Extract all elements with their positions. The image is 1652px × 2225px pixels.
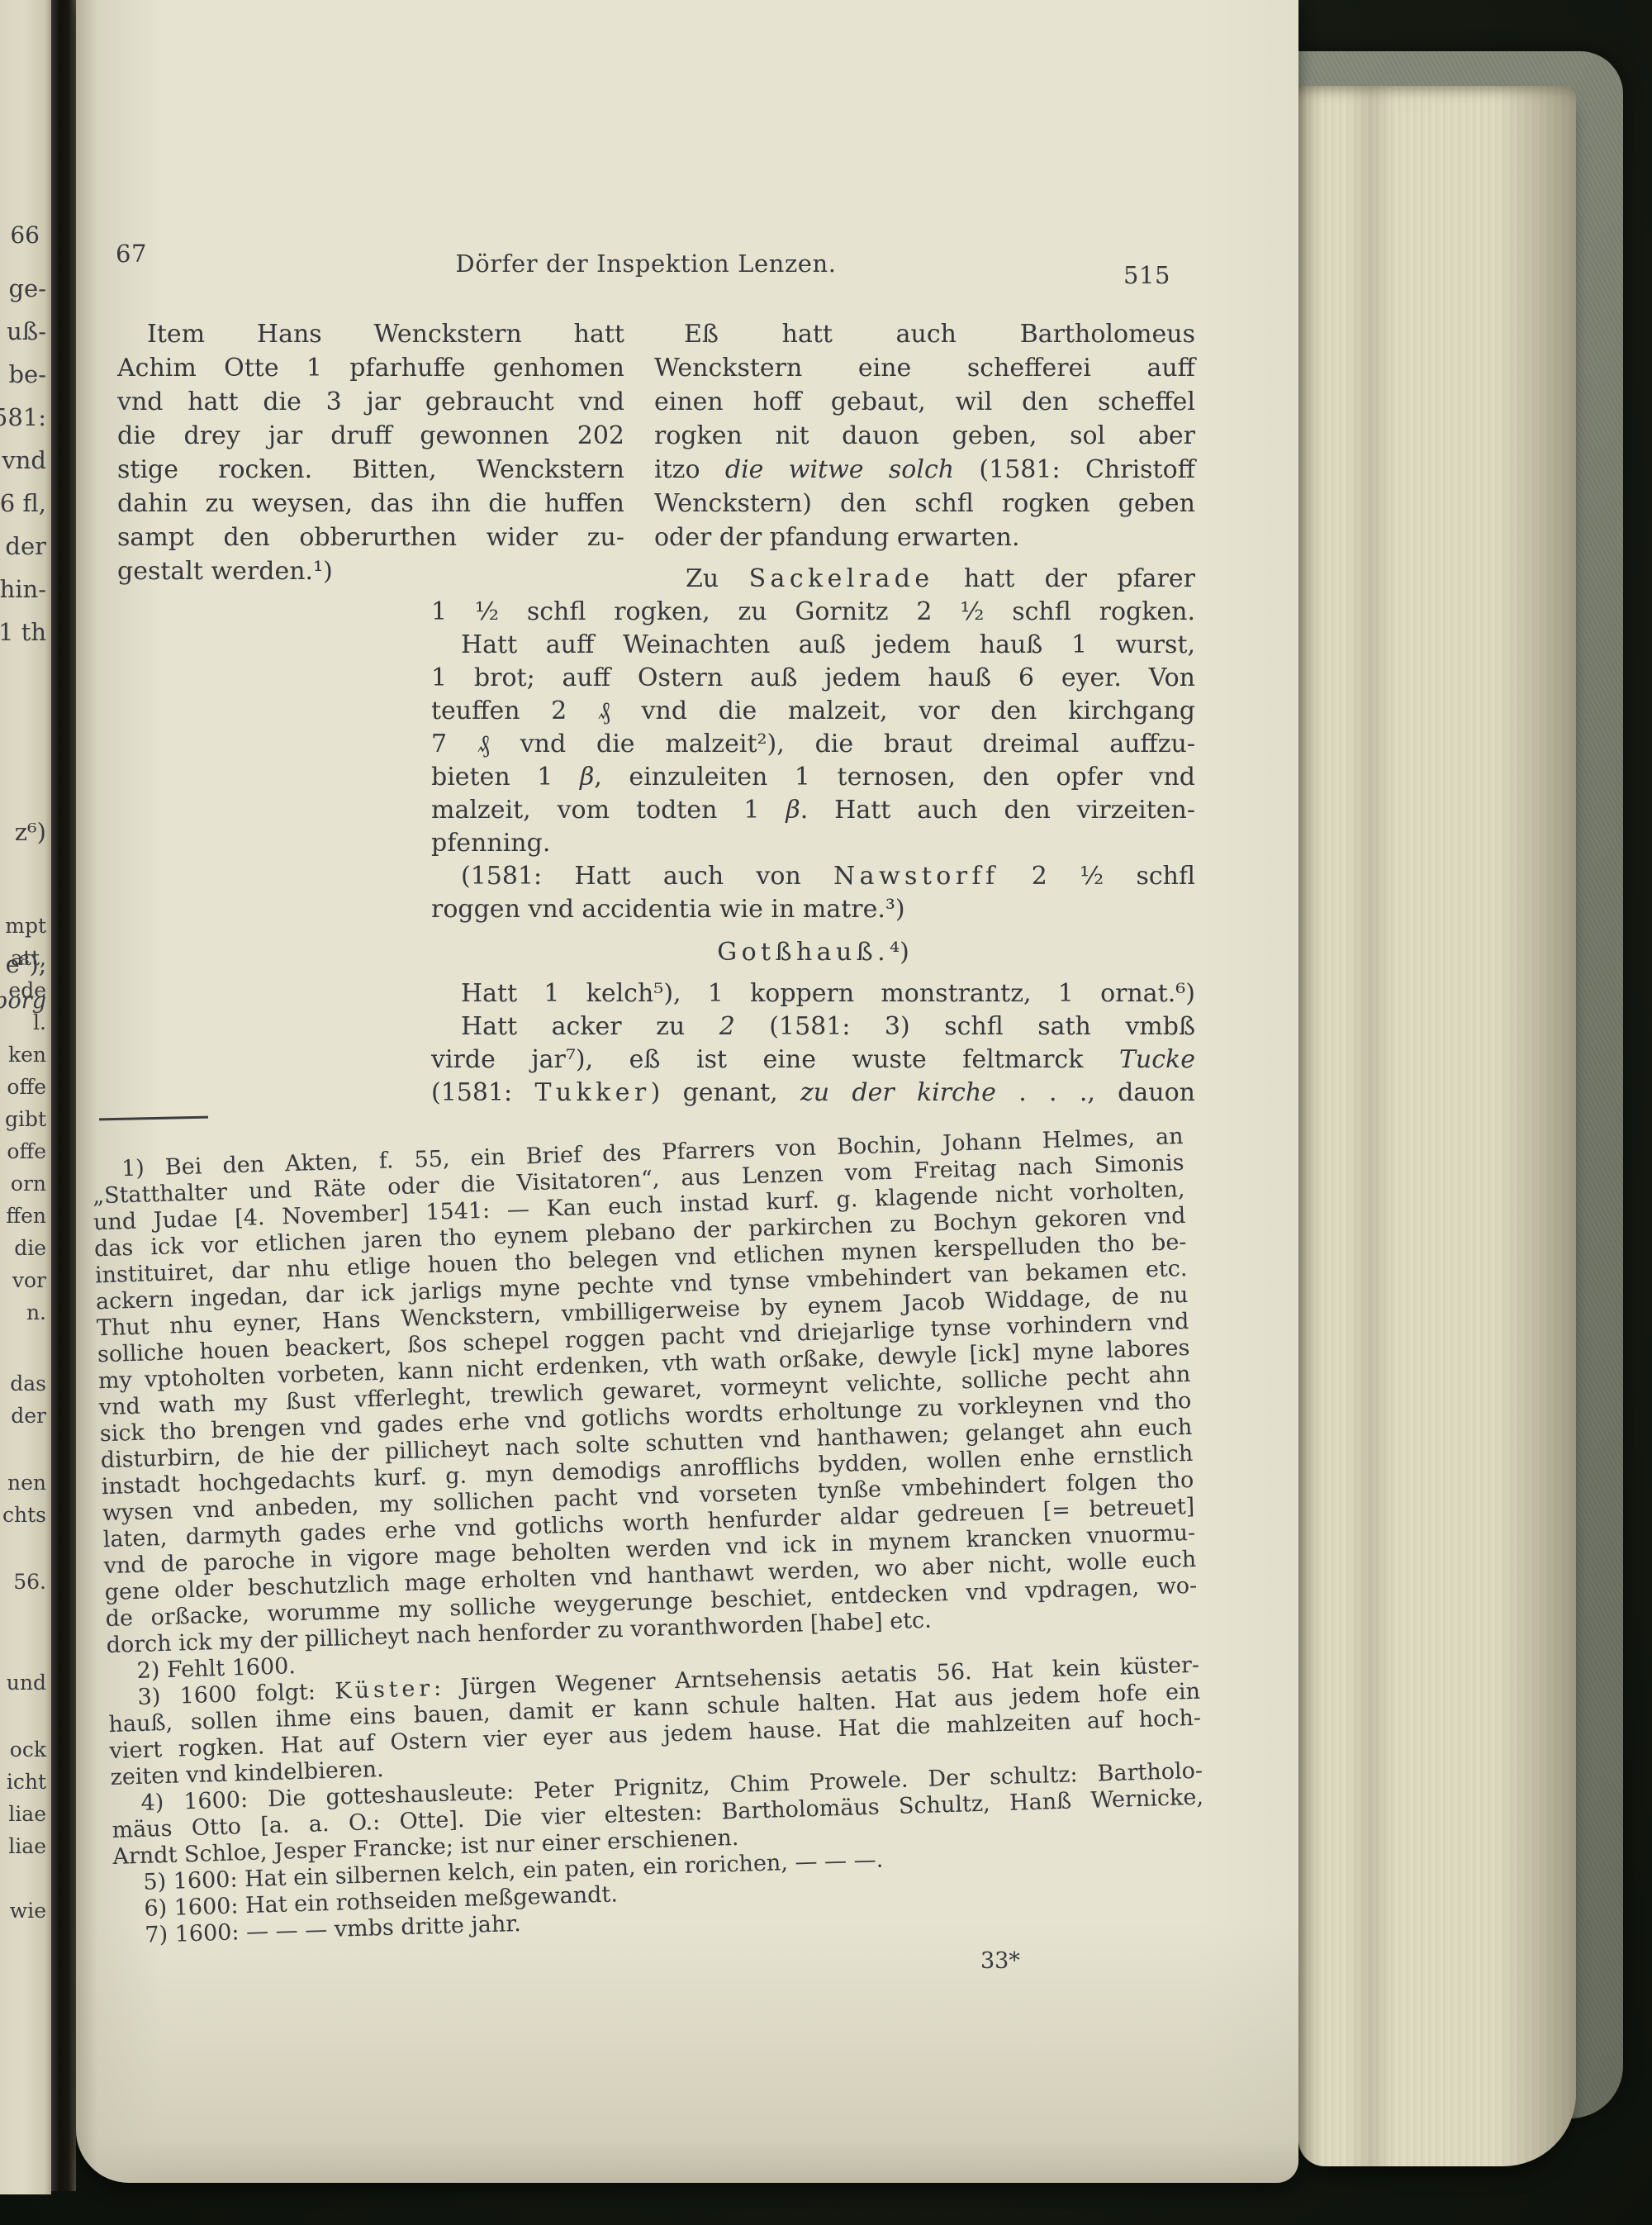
gutter-shadow xyxy=(51,0,76,2191)
facing-page-text-fragment: icht xyxy=(7,1770,46,1794)
facing-page-text-fragment: ken xyxy=(8,1043,46,1067)
facing-page-text-fragment: mpt xyxy=(5,914,46,938)
running-title: Dörfer der Inspektion Lenzen. xyxy=(398,250,894,278)
facing-page-text-fragment: das xyxy=(10,1372,46,1395)
letterspaced-text: Sackelrade xyxy=(749,564,934,593)
page-number-left: 67 xyxy=(116,240,147,268)
text-line: pfenning. xyxy=(431,827,1195,860)
letterspaced-text: Gotßhauß. xyxy=(717,938,890,967)
facing-page-text-fragment: der xyxy=(5,532,46,560)
text-line: bieten 1 β, einzuleiten 1 ternosen, den … xyxy=(431,761,1195,794)
facing-page-text-fragment: offe xyxy=(7,1139,46,1163)
facing-page-text-fragment: wie xyxy=(10,1899,46,1923)
facing-page-number: 66 xyxy=(10,221,40,249)
text-line: Wenckstern) den schfl rogken geben xyxy=(654,487,1195,521)
text-line: 1 brot; auff Ostern auß jedem hauß 6 eye… xyxy=(431,662,1195,695)
footnotes-block: 1) Bei den Akten, f. 55, ein Brief des P… xyxy=(92,1124,1208,1950)
text-line: oder der pfandung erwarten. xyxy=(654,521,1195,554)
facing-page-text-fragment: n. xyxy=(26,1300,46,1324)
page-edge-stack xyxy=(1298,86,1576,2166)
facing-page-text-fragment: ge- xyxy=(8,274,46,302)
facing-page-text-fragment: nen xyxy=(7,1471,46,1495)
italic-text: β xyxy=(786,796,800,825)
text-line: dahin zu weysen, das ihn die huffen xyxy=(117,487,624,521)
text-line: (1581: Hatt auch von Nawstorff 2 ½ schfl xyxy=(431,860,1195,893)
middle-text-block: Zu Sackelrade hatt der pfarer1 ½ schfl r… xyxy=(431,563,1195,1110)
text-line: Achim Otte 1 pfarhuffe genhomen xyxy=(117,351,624,385)
text-line: Hatt auff Weinachten auß jedem hauß 1 wu… xyxy=(431,629,1195,662)
letterspaced-text: Tukker xyxy=(534,1078,650,1107)
signature-mark: 33* xyxy=(980,1948,1020,1974)
text-line: itzo die witwe solch (1581: Christoff xyxy=(654,453,1195,487)
text-line: (1581: Tukker) genant, zu der kirche . .… xyxy=(431,1077,1195,1110)
italic-text: 2 xyxy=(719,1012,735,1041)
text-line: Eß hatt auch Bartholomeus xyxy=(654,317,1195,351)
italic-text: β xyxy=(580,763,594,792)
italic-text: die witwe solch xyxy=(725,455,954,484)
facing-page-text-fragment: l. xyxy=(33,1010,46,1034)
facing-page-text-fragment: ock xyxy=(10,1738,46,1761)
text-line: Zu Sackelrade hatt der pfarer xyxy=(431,563,1195,596)
text-line: teuffen 2 ₰ vnd die malzeit, vor den kir… xyxy=(431,695,1195,728)
facing-page-text-fragment: 56. xyxy=(13,1570,46,1594)
letterspaced-text: Nawstorff xyxy=(833,862,999,891)
facing-page-text-fragment: uß- xyxy=(7,317,46,345)
text-line: Hatt 1 kelch⁵), 1 koppern monstrantz, 1 … xyxy=(431,977,1195,1010)
facing-page-text-fragment: liae xyxy=(8,1802,46,1826)
facing-page-text-fragment: offe xyxy=(7,1075,46,1099)
facing-page-text-fragment: der xyxy=(11,1404,46,1428)
right-column-text: Eß hatt auch BartholomeusWenckstern eine… xyxy=(654,317,1195,554)
facing-page-text-fragment: hin- xyxy=(0,575,46,603)
scan-backdrop: { "colors": { "backdrop": "#141811", "pa… xyxy=(0,0,1652,2225)
facing-page-text-fragment: und xyxy=(7,1671,46,1695)
facing-page-text-fragment: att, xyxy=(11,946,46,970)
facing-page-text-fragment: orn xyxy=(11,1172,46,1196)
facing-page-text-fragment: liae xyxy=(8,1834,46,1858)
letterspaced-text: Küster xyxy=(335,1676,434,1704)
facing-page-text-fragment: 1 th xyxy=(0,618,46,646)
text-line: Gotßhauß.⁴) xyxy=(431,936,1195,969)
facing-page-text-fragment: die xyxy=(14,1236,46,1260)
text-line: Hatt acker zu 2 (1581: 3) schfl sath vmb… xyxy=(431,1010,1195,1044)
facing-page-text-fragment: chts xyxy=(2,1503,46,1527)
facing-page-text-fragment: gibt xyxy=(5,1107,46,1131)
text-line: stige rocken. Bitten, Wenckstern xyxy=(117,453,624,487)
text-line: roggen vnd accidentia wie in matre.³) xyxy=(431,893,1195,926)
page-content: 67 Dörfer der Inspektion Lenzen. 515 Ite… xyxy=(76,0,1298,2183)
facing-page-text-fragment: ffen xyxy=(6,1204,46,1228)
text-line: malzeit, vom todten 1 β. Hatt auch den v… xyxy=(431,794,1195,827)
italic-text: Tucke xyxy=(1119,1045,1195,1074)
footnote-rule xyxy=(99,1116,208,1121)
text-line: die drey jar druff gewonnen 202 xyxy=(117,419,624,453)
text-line: virde jar⁷), eß ist eine wuste feltmarck… xyxy=(431,1044,1195,1077)
text-line: 7 ₰ vnd die malzeit²), die braut dreimal… xyxy=(431,728,1195,761)
page-number-right: 515 xyxy=(1123,261,1170,289)
text-line: vnd hatt die 3 jar gebraucht vnd xyxy=(117,385,624,419)
text-line: einen hoff gebaut, wil den scheffel xyxy=(654,385,1195,419)
italic-text: zu der kirche xyxy=(800,1078,996,1107)
text-line: sampt den obberurthen wider zu- xyxy=(117,521,624,554)
facing-page-text-fragment: 581: xyxy=(0,403,46,431)
text-line: Wenckstern eine schefferei auff xyxy=(654,351,1195,385)
facing-page-sliver: 66ge-uß-be-581:vnd6 fl,derhin-1 thz⁶)e⁸)… xyxy=(0,0,51,2194)
facing-page-text-fragment: ede xyxy=(8,978,46,1002)
left-column-text: Item Hans Wenckstern hattAchim Otte 1 pf… xyxy=(117,317,624,588)
facing-page-text-fragment: be- xyxy=(8,360,46,388)
text-line: 1 ½ schfl rogken, zu Gornitz 2 ½ schfl r… xyxy=(431,596,1195,629)
facing-page-text-fragment: vor xyxy=(12,1268,46,1292)
facing-page-text-fragment: z⁶) xyxy=(15,818,46,846)
facing-page-text-fragment: vnd xyxy=(2,446,46,474)
facing-page-text-fragment: 6 fl, xyxy=(0,489,46,517)
book-page: 67 Dörfer der Inspektion Lenzen. 515 Ite… xyxy=(76,0,1298,2183)
text-line: rogken nit dauon geben, sol aber xyxy=(654,419,1195,453)
text-line: Item Hans Wenckstern hatt xyxy=(117,317,624,351)
